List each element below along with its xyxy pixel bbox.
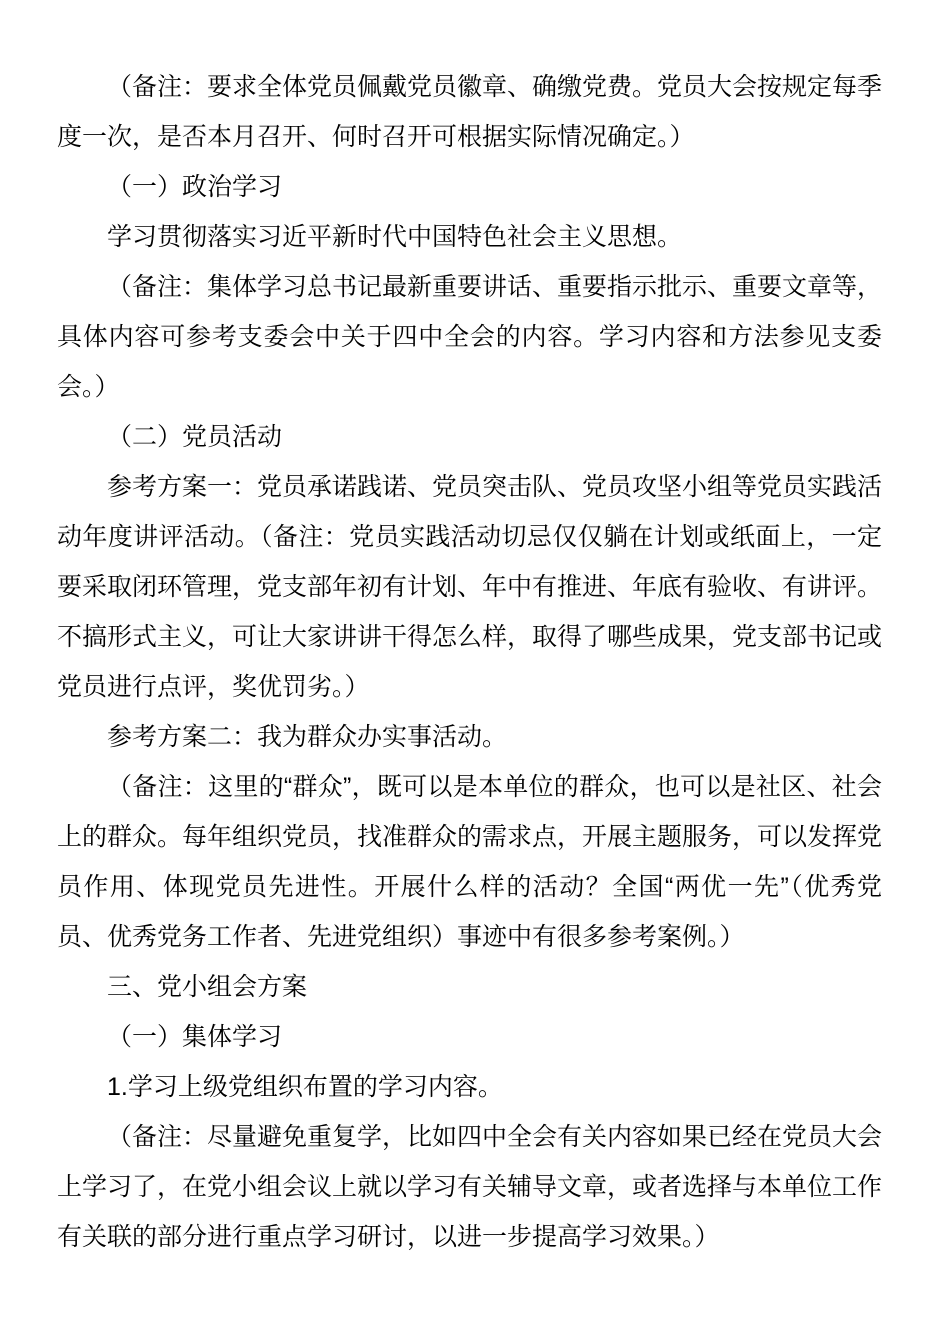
heading-three-group-meeting-plan: 三、党小组会方案 bbox=[57, 962, 882, 1012]
document-page: （备注：要求全体党员佩戴党员徽章、确缴党费。党员大会按规定每季度一次，是否本月召… bbox=[0, 0, 950, 1344]
heading-sub-collective-study: （一）集体学习 bbox=[57, 1012, 882, 1062]
note-collective-study: （备注：集体学习总书记最新重要讲话、重要指示批示、重要文章等，具体内容可参考支委… bbox=[57, 262, 882, 412]
paragraph-study-xi-thought: 学习贯彻落实习近平新时代中国特色社会主义思想。 bbox=[57, 212, 882, 262]
heading-section-2-member-activities: （二）党员活动 bbox=[57, 412, 882, 462]
note-party-member-meeting: （备注：要求全体党员佩戴党员徽章、确缴党费。党员大会按规定每季度一次，是否本月召… bbox=[57, 62, 882, 162]
paragraph-reference-plan-one: 参考方案一：党员承诺践诺、党员突击队、党员攻坚小组等党员实践活动年度讲评活动。（… bbox=[57, 462, 882, 712]
note-avoid-repeat-study: （备注：尽量避免重复学，比如四中全会有关内容如果已经在党员大会上学习了，在党小组… bbox=[57, 1112, 882, 1262]
paragraph-reference-plan-two: 参考方案二：我为群众办实事活动。 bbox=[57, 712, 882, 762]
note-serving-the-masses: （备注：这里的“群众”，既可以是本单位的群众，也可以是社区、社会上的群众。每年组… bbox=[57, 762, 882, 962]
paragraph-item-1-study-content: 1.学习上级党组织布置的学习内容。 bbox=[57, 1062, 882, 1112]
heading-section-1-political-study: （一）政治学习 bbox=[57, 162, 882, 212]
